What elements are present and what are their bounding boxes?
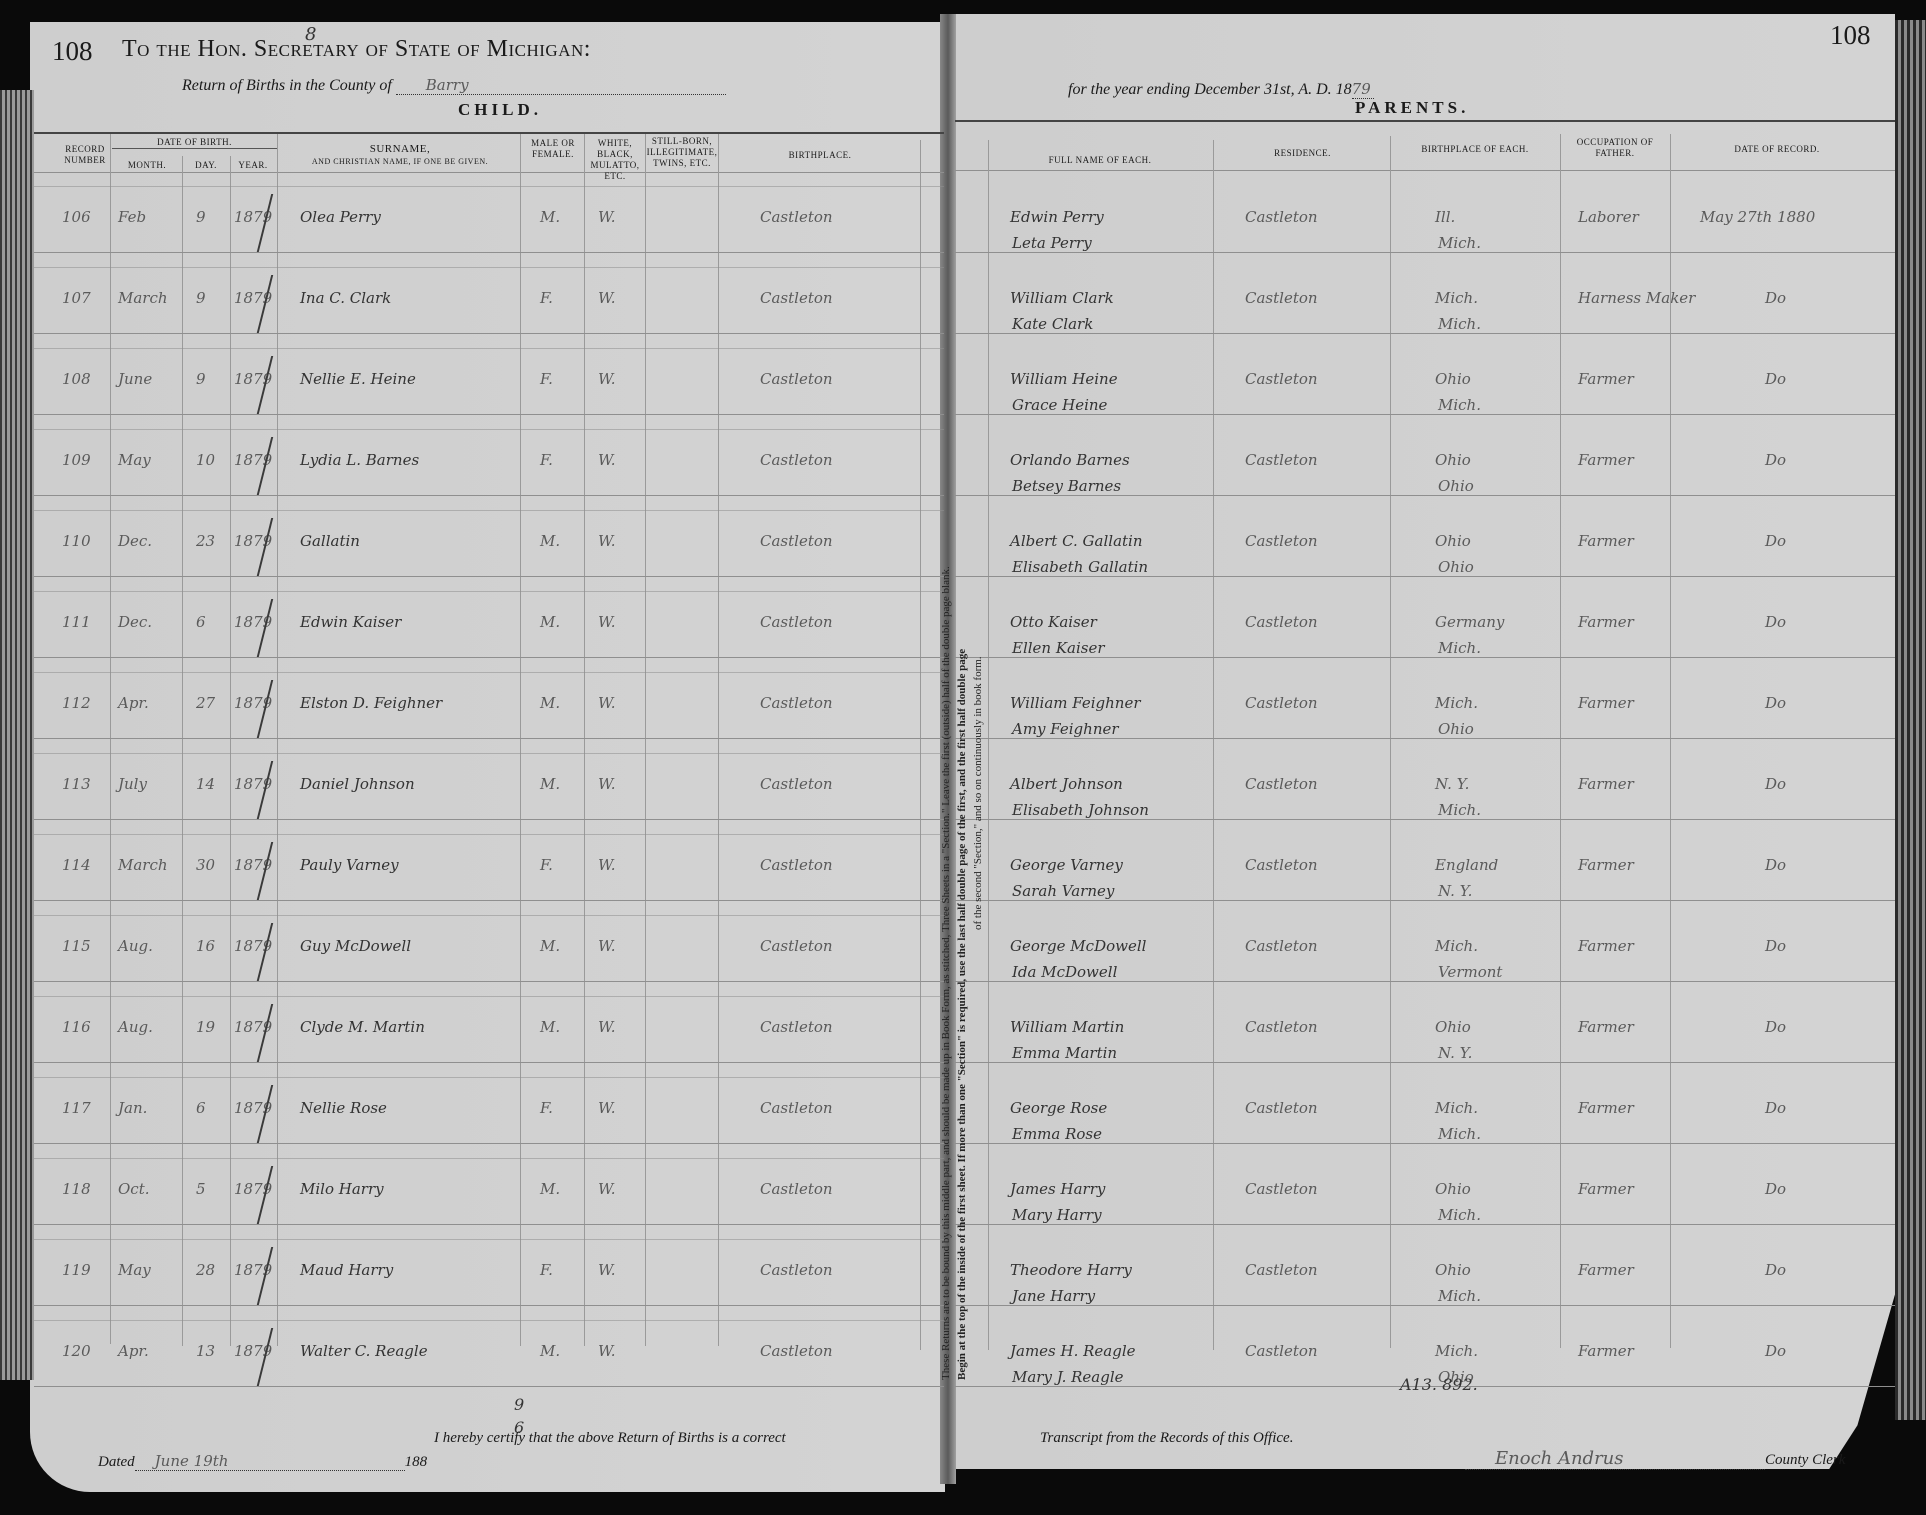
row-subrule bbox=[34, 915, 944, 916]
birth-day: 6 bbox=[196, 1099, 206, 1117]
birth-day: 19 bbox=[196, 1018, 215, 1036]
residence: Castleton bbox=[1245, 1180, 1318, 1198]
year-line: for the year ending December 31st, A. D.… bbox=[1068, 80, 1374, 99]
father-birthplace: Ohio bbox=[1435, 1180, 1471, 1198]
row-rule bbox=[955, 738, 1895, 739]
colhead-sex: Male or Female. bbox=[522, 138, 584, 160]
row-subrule bbox=[34, 510, 944, 511]
mother-name: Elisabeth Johnson bbox=[1012, 801, 1149, 819]
birth-month: June bbox=[118, 370, 152, 388]
mother-birthplace: N. Y. bbox=[1438, 882, 1472, 900]
child-name: Maud Harry bbox=[300, 1261, 393, 1279]
row-rule bbox=[955, 1224, 1895, 1225]
tally-top: 9 bbox=[514, 1395, 524, 1414]
father-birthplace: Ohio bbox=[1435, 1261, 1471, 1279]
birth-day: 27 bbox=[196, 694, 215, 712]
row-rule bbox=[34, 981, 944, 982]
father-occupation: Farmer bbox=[1578, 532, 1634, 550]
birth-month: Dec. bbox=[118, 532, 152, 550]
row-rule bbox=[34, 252, 944, 253]
record-number: 114 bbox=[62, 856, 91, 874]
child-color: W. bbox=[598, 289, 616, 307]
date-of-record: Do bbox=[1765, 937, 1786, 955]
mother-name: Jane Harry bbox=[1012, 1287, 1095, 1305]
birth-month: May bbox=[118, 451, 151, 469]
child-name: Pauly Varney bbox=[300, 856, 399, 874]
mother-name: Ellen Kaiser bbox=[1012, 639, 1105, 657]
row-rule bbox=[34, 1305, 944, 1306]
child-birthplace: Castleton bbox=[760, 208, 833, 226]
record-number: 112 bbox=[62, 694, 91, 712]
child-sex: F. bbox=[540, 1099, 553, 1117]
child-color: W. bbox=[598, 370, 616, 388]
child-color: W. bbox=[598, 856, 616, 874]
row-rule bbox=[955, 414, 1895, 415]
date-of-record: Do bbox=[1765, 856, 1786, 874]
child-color: W. bbox=[598, 1342, 616, 1360]
record-number: 109 bbox=[62, 451, 91, 469]
grid-vline bbox=[1213, 140, 1214, 1350]
father-occupation: Farmer bbox=[1578, 1018, 1634, 1036]
father-birthplace: Mich. bbox=[1435, 694, 1478, 712]
child-birthplace: Castleton bbox=[760, 1261, 833, 1279]
record-number: 106 bbox=[62, 208, 91, 226]
father-occupation: Farmer bbox=[1578, 856, 1634, 874]
child-color: W. bbox=[598, 1261, 616, 1279]
residence: Castleton bbox=[1245, 208, 1318, 226]
mother-birthplace: Mich. bbox=[1438, 801, 1481, 819]
child-birthplace: Castleton bbox=[760, 1099, 833, 1117]
record-number: 113 bbox=[62, 775, 91, 793]
mother-birthplace: Mich. bbox=[1438, 1287, 1481, 1305]
child-birthplace: Castleton bbox=[760, 613, 833, 631]
child-sex: F. bbox=[540, 289, 553, 307]
mother-name: Ida McDowell bbox=[1012, 963, 1117, 981]
mother-birthplace: Mich. bbox=[1438, 234, 1481, 252]
row-subrule bbox=[34, 996, 944, 997]
residence: Castleton bbox=[1245, 1261, 1318, 1279]
birth-month: March bbox=[118, 289, 168, 307]
parents-section-heading: PARENTS. bbox=[1355, 98, 1469, 118]
colhead-month: Month. bbox=[112, 160, 182, 171]
grid-vline bbox=[1560, 134, 1561, 1348]
father-occupation: Harness Maker bbox=[1578, 289, 1695, 307]
residence: Castleton bbox=[1245, 370, 1318, 388]
father-occupation: Farmer bbox=[1578, 694, 1634, 712]
grid-vline bbox=[1390, 136, 1391, 1348]
child-name: Clyde M. Martin bbox=[300, 1018, 425, 1036]
child-name: Nellie E. Heine bbox=[300, 370, 416, 388]
row-rule bbox=[34, 738, 944, 739]
father-occupation: Farmer bbox=[1578, 1342, 1634, 1360]
row-subrule bbox=[34, 591, 944, 592]
row-rule bbox=[34, 819, 944, 820]
row-rule bbox=[955, 1305, 1895, 1306]
row-rule bbox=[955, 495, 1895, 496]
father-name: George Rose bbox=[1010, 1099, 1107, 1117]
dated-label: Dated bbox=[98, 1454, 135, 1470]
child-color: W. bbox=[598, 1018, 616, 1036]
mother-birthplace: Mich. bbox=[1438, 396, 1481, 414]
child-name: Walter C. Reagle bbox=[300, 1342, 428, 1360]
row-subrule bbox=[34, 1158, 944, 1159]
page-title: To the Hon. Secretary of State of Michig… bbox=[122, 36, 591, 63]
mother-birthplace: Mich. bbox=[1438, 639, 1481, 657]
date-of-record: Do bbox=[1765, 451, 1786, 469]
birth-month: May bbox=[118, 1261, 151, 1279]
grid-vline bbox=[1670, 134, 1671, 1348]
date-of-record: Do bbox=[1765, 694, 1786, 712]
clerk-signature: Enoch Andrus bbox=[1465, 1448, 1765, 1470]
child-name: Nellie Rose bbox=[300, 1099, 387, 1117]
child-sex: M. bbox=[540, 208, 560, 226]
father-name: William Clark bbox=[1010, 289, 1114, 307]
residence: Castleton bbox=[1245, 694, 1318, 712]
child-birthplace: Castleton bbox=[760, 532, 833, 550]
residence: Castleton bbox=[1245, 613, 1318, 631]
father-name: George McDowell bbox=[1010, 937, 1146, 955]
child-name: Elston D. Feighner bbox=[300, 694, 442, 712]
birth-month: Aug. bbox=[118, 1018, 153, 1036]
mother-name: Emma Martin bbox=[1012, 1044, 1117, 1062]
father-occupation: Farmer bbox=[1578, 1099, 1634, 1117]
year-value: 79 bbox=[1352, 80, 1374, 99]
mother-birthplace: Ohio bbox=[1438, 558, 1474, 576]
father-birthplace: Ill. bbox=[1435, 208, 1455, 226]
binding-note-line-2: Begin at the top of the inside of the fi… bbox=[956, 649, 968, 1380]
father-name: Orlando Barnes bbox=[1010, 451, 1130, 469]
father-name: William Heine bbox=[1010, 370, 1118, 388]
page-edge-stack bbox=[0, 90, 34, 1380]
row-subrule bbox=[34, 1239, 944, 1240]
child-name: Milo Harry bbox=[300, 1180, 384, 1198]
county-label: Return of Births in the County of bbox=[182, 77, 392, 94]
child-color: W. bbox=[598, 775, 616, 793]
record-number: 110 bbox=[62, 532, 91, 550]
father-birthplace: Ohio bbox=[1435, 451, 1471, 469]
birth-day: 13 bbox=[196, 1342, 215, 1360]
grid-vline bbox=[718, 134, 719, 1346]
row-subrule bbox=[34, 186, 944, 187]
mother-birthplace: N. Y. bbox=[1438, 1044, 1472, 1062]
record-number: 115 bbox=[62, 937, 91, 955]
father-occupation: Farmer bbox=[1578, 370, 1634, 388]
residence: Castleton bbox=[1245, 1342, 1318, 1360]
birth-month: Aug. bbox=[118, 937, 153, 955]
row-rule bbox=[955, 900, 1895, 901]
child-birthplace: Castleton bbox=[760, 1180, 833, 1198]
father-occupation: Farmer bbox=[1578, 1261, 1634, 1279]
residence: Castleton bbox=[1245, 856, 1318, 874]
colhead-stillborn: Still-born, Illegitimate, Twins, Etc. bbox=[646, 136, 718, 169]
birth-month: Jan. bbox=[118, 1099, 147, 1117]
county-line: Return of Births in the County of Barry bbox=[182, 76, 726, 95]
residence: Castleton bbox=[1245, 775, 1318, 793]
record-number: 118 bbox=[62, 1180, 91, 1198]
child-sex: M. bbox=[540, 775, 560, 793]
row-rule bbox=[34, 495, 944, 496]
father-name: William Martin bbox=[1010, 1018, 1124, 1036]
colhead-rule-left bbox=[34, 172, 944, 173]
father-birthplace: Mich. bbox=[1435, 1099, 1478, 1117]
father-name: George Varney bbox=[1010, 856, 1123, 874]
child-color: W. bbox=[598, 451, 616, 469]
father-birthplace: Ohio bbox=[1435, 532, 1471, 550]
header-rule-right bbox=[955, 120, 1895, 122]
child-sex: F. bbox=[540, 856, 553, 874]
child-name: Gallatin bbox=[300, 532, 360, 550]
row-subrule bbox=[34, 267, 944, 268]
dated-year: 188 bbox=[405, 1454, 428, 1470]
colhead-residence: Residence. bbox=[1215, 148, 1390, 159]
father-occupation: Farmer bbox=[1578, 775, 1634, 793]
row-subrule bbox=[34, 1320, 944, 1321]
reference-number: A13. 892. bbox=[1400, 1375, 1478, 1394]
birth-day: 14 bbox=[196, 775, 215, 793]
record-number: 116 bbox=[62, 1018, 91, 1036]
grid-vline bbox=[110, 134, 111, 1344]
birth-day: 5 bbox=[196, 1180, 206, 1198]
father-name: Otto Kaiser bbox=[1010, 613, 1097, 631]
father-occupation: Farmer bbox=[1578, 937, 1634, 955]
father-occupation: Laborer bbox=[1578, 208, 1639, 226]
mother-name: Mary J. Reagle bbox=[1012, 1368, 1124, 1386]
colhead-rule-right bbox=[955, 170, 1895, 171]
residence: Castleton bbox=[1245, 1018, 1318, 1036]
father-name: Edwin Perry bbox=[1010, 208, 1104, 226]
certification-text: I hereby certify that the above Return o… bbox=[434, 1430, 786, 1447]
transcript-text: Transcript from the Records of this Offi… bbox=[1040, 1430, 1293, 1447]
date-of-record: Do bbox=[1765, 1018, 1786, 1036]
row-rule bbox=[955, 252, 1895, 253]
child-name: Olea Perry bbox=[300, 208, 381, 226]
father-name: William Feighner bbox=[1010, 694, 1141, 712]
row-rule bbox=[955, 1143, 1895, 1144]
row-subrule bbox=[34, 753, 944, 754]
child-birthplace: Castleton bbox=[760, 775, 833, 793]
mother-birthplace: Ohio bbox=[1438, 720, 1474, 738]
dated-value: June 19th bbox=[135, 1452, 405, 1471]
father-birthplace: N. Y. bbox=[1435, 775, 1469, 793]
colhead-date-of-record: Date of Record. bbox=[1672, 144, 1882, 155]
grid-vline bbox=[520, 134, 521, 1346]
date-of-record: Do bbox=[1765, 775, 1786, 793]
child-section-heading: CHILD. bbox=[458, 100, 542, 120]
birth-month: Apr. bbox=[118, 1342, 149, 1360]
residence: Castleton bbox=[1245, 289, 1318, 307]
header-rule-left bbox=[34, 132, 944, 134]
birth-day: 28 bbox=[196, 1261, 215, 1279]
birth-month: Apr. bbox=[118, 694, 149, 712]
colhead-date-of-birth: Date of Birth. bbox=[112, 137, 277, 149]
row-rule bbox=[955, 981, 1895, 982]
row-rule bbox=[955, 657, 1895, 658]
row-subrule bbox=[34, 672, 944, 673]
child-birthplace: Castleton bbox=[760, 694, 833, 712]
birth-day: 9 bbox=[196, 289, 206, 307]
father-birthplace: Ohio bbox=[1435, 1018, 1471, 1036]
child-name: Guy McDowell bbox=[300, 937, 411, 955]
record-number: 119 bbox=[62, 1261, 91, 1279]
date-of-record: Do bbox=[1765, 1342, 1786, 1360]
grid-vline bbox=[584, 134, 585, 1346]
clerk-line: Enoch AndrusCounty Clerk bbox=[1465, 1448, 1845, 1470]
row-rule bbox=[34, 333, 944, 334]
date-of-record: May 27th 1880 bbox=[1700, 208, 1815, 226]
birth-day: 6 bbox=[196, 613, 206, 631]
birth-day: 16 bbox=[196, 937, 215, 955]
father-name: Albert C. Gallatin bbox=[1010, 532, 1143, 550]
father-birthplace: Mich. bbox=[1435, 1342, 1478, 1360]
date-of-record: Do bbox=[1765, 613, 1786, 631]
father-birthplace: Germany bbox=[1435, 613, 1504, 631]
binding-note-line-3: of the second "Section," and so on conti… bbox=[972, 656, 984, 930]
record-number: 120 bbox=[62, 1342, 91, 1360]
row-subrule bbox=[34, 1077, 944, 1078]
record-number: 108 bbox=[62, 370, 91, 388]
child-sex: M. bbox=[540, 1342, 560, 1360]
father-name: Theodore Harry bbox=[1010, 1261, 1132, 1279]
child-sex: F. bbox=[540, 1261, 553, 1279]
birth-month: Oct. bbox=[118, 1180, 150, 1198]
colhead-surname: Surname, bbox=[280, 144, 520, 155]
child-color: W. bbox=[598, 1180, 616, 1198]
child-birthplace: Castleton bbox=[760, 1342, 833, 1360]
row-rule bbox=[34, 414, 944, 415]
child-color: W. bbox=[598, 1099, 616, 1117]
row-rule bbox=[955, 576, 1895, 577]
date-of-record: Do bbox=[1765, 370, 1786, 388]
child-name: Lydia L. Barnes bbox=[300, 451, 419, 469]
date-of-record: Do bbox=[1765, 1180, 1786, 1198]
child-sex: M. bbox=[540, 694, 560, 712]
father-occupation: Farmer bbox=[1578, 613, 1634, 631]
colhead-occupation: Occupation of Father. bbox=[1560, 137, 1670, 159]
grid-vline bbox=[230, 156, 231, 1346]
row-rule bbox=[955, 333, 1895, 334]
birth-month: March bbox=[118, 856, 168, 874]
child-color: W. bbox=[598, 694, 616, 712]
birth-day: 23 bbox=[196, 532, 215, 550]
mother-name: Mary Harry bbox=[1012, 1206, 1102, 1224]
residence: Castleton bbox=[1245, 532, 1318, 550]
father-birthplace: Mich. bbox=[1435, 289, 1478, 307]
county-value: Barry bbox=[396, 76, 726, 95]
colhead-surname-sub: and Christian name, if one be given. bbox=[280, 156, 520, 167]
mother-name: Grace Heine bbox=[1012, 396, 1107, 414]
title-annotation: 8 bbox=[305, 24, 316, 45]
year-label: for the year ending December 31st, A. D.… bbox=[1068, 81, 1352, 98]
page-number-right: 108 bbox=[1830, 20, 1871, 51]
father-occupation: Farmer bbox=[1578, 451, 1634, 469]
father-name: Albert Johnson bbox=[1010, 775, 1123, 793]
child-birthplace: Castleton bbox=[760, 937, 833, 955]
record-number: 107 bbox=[62, 289, 91, 307]
row-rule bbox=[34, 1062, 944, 1063]
birth-day: 9 bbox=[196, 208, 206, 226]
child-sex: M. bbox=[540, 613, 560, 631]
page-number-left: 108 bbox=[52, 36, 93, 67]
clerk-label: County Clerk bbox=[1765, 1452, 1845, 1468]
father-birthplace: Mich. bbox=[1435, 937, 1478, 955]
row-rule bbox=[34, 900, 944, 901]
child-sex: F. bbox=[540, 370, 553, 388]
residence: Castleton bbox=[1245, 1099, 1318, 1117]
child-birthplace: Castleton bbox=[760, 289, 833, 307]
binding-instructions: These Returns are to be bound by this mi… bbox=[940, 150, 968, 1380]
row-rule bbox=[34, 1143, 944, 1144]
child-sex: M. bbox=[540, 1180, 560, 1198]
colhead-day: Day. bbox=[182, 160, 230, 171]
grid-vline bbox=[645, 134, 646, 1346]
father-name: James H. Reagle bbox=[1010, 1342, 1136, 1360]
mother-birthplace: Mich. bbox=[1438, 315, 1481, 333]
residence: Castleton bbox=[1245, 937, 1318, 955]
father-occupation: Farmer bbox=[1578, 1180, 1634, 1198]
grid-vline bbox=[920, 140, 921, 1350]
grid-vline bbox=[182, 156, 183, 1346]
dated-line: DatedJune 19th188 bbox=[98, 1452, 427, 1471]
child-birthplace: Castleton bbox=[760, 1018, 833, 1036]
row-rule bbox=[34, 657, 944, 658]
binding-note-line-1: These Returns are to be bound by this mi… bbox=[940, 566, 952, 1380]
grid-vline bbox=[988, 140, 989, 1350]
colhead-birthplace: Birthplace. bbox=[720, 150, 920, 161]
grid-vline bbox=[277, 134, 278, 1346]
colhead-year: Year. bbox=[230, 160, 276, 171]
child-sex: M. bbox=[540, 532, 560, 550]
child-name: Edwin Kaiser bbox=[300, 613, 401, 631]
birth-day: 10 bbox=[196, 451, 215, 469]
right-page bbox=[955, 14, 1895, 1469]
father-birthplace: England bbox=[1435, 856, 1498, 874]
row-rule bbox=[955, 1062, 1895, 1063]
row-subrule bbox=[34, 834, 944, 835]
father-birthplace: Ohio bbox=[1435, 370, 1471, 388]
birth-month: July bbox=[118, 775, 147, 793]
child-birthplace: Castleton bbox=[760, 370, 833, 388]
row-rule bbox=[34, 576, 944, 577]
mother-birthplace: Mich. bbox=[1438, 1206, 1481, 1224]
mother-birthplace: Vermont bbox=[1438, 963, 1502, 981]
record-number: 111 bbox=[62, 613, 91, 631]
date-of-record: Do bbox=[1765, 532, 1786, 550]
mother-name: Elisabeth Gallatin bbox=[1012, 558, 1148, 576]
residence: Castleton bbox=[1245, 451, 1318, 469]
mother-name: Kate Clark bbox=[1012, 315, 1093, 333]
birth-day: 9 bbox=[196, 370, 206, 388]
child-color: W. bbox=[598, 937, 616, 955]
row-rule bbox=[955, 819, 1895, 820]
row-rule bbox=[34, 1386, 944, 1387]
birth-month: Dec. bbox=[118, 613, 152, 631]
colhead-parent-birthplace: Birthplace of Each. bbox=[1390, 144, 1560, 155]
mother-name: Leta Perry bbox=[1012, 234, 1092, 252]
child-color: W. bbox=[598, 613, 616, 631]
child-sex: M. bbox=[540, 937, 560, 955]
row-subrule bbox=[34, 429, 944, 430]
child-color: W. bbox=[598, 532, 616, 550]
mother-name: Sarah Varney bbox=[1012, 882, 1114, 900]
child-birthplace: Castleton bbox=[760, 451, 833, 469]
colhead-color: White, Black, Mulatto, Etc. bbox=[585, 138, 645, 182]
date-of-record: Do bbox=[1765, 1099, 1786, 1117]
colhead-record-number: Record Number bbox=[60, 144, 110, 166]
mother-birthplace: Mich. bbox=[1438, 1125, 1481, 1143]
child-name: Daniel Johnson bbox=[300, 775, 415, 793]
father-name: James Harry bbox=[1010, 1180, 1105, 1198]
page-edge-tabs bbox=[1895, 20, 1926, 1420]
